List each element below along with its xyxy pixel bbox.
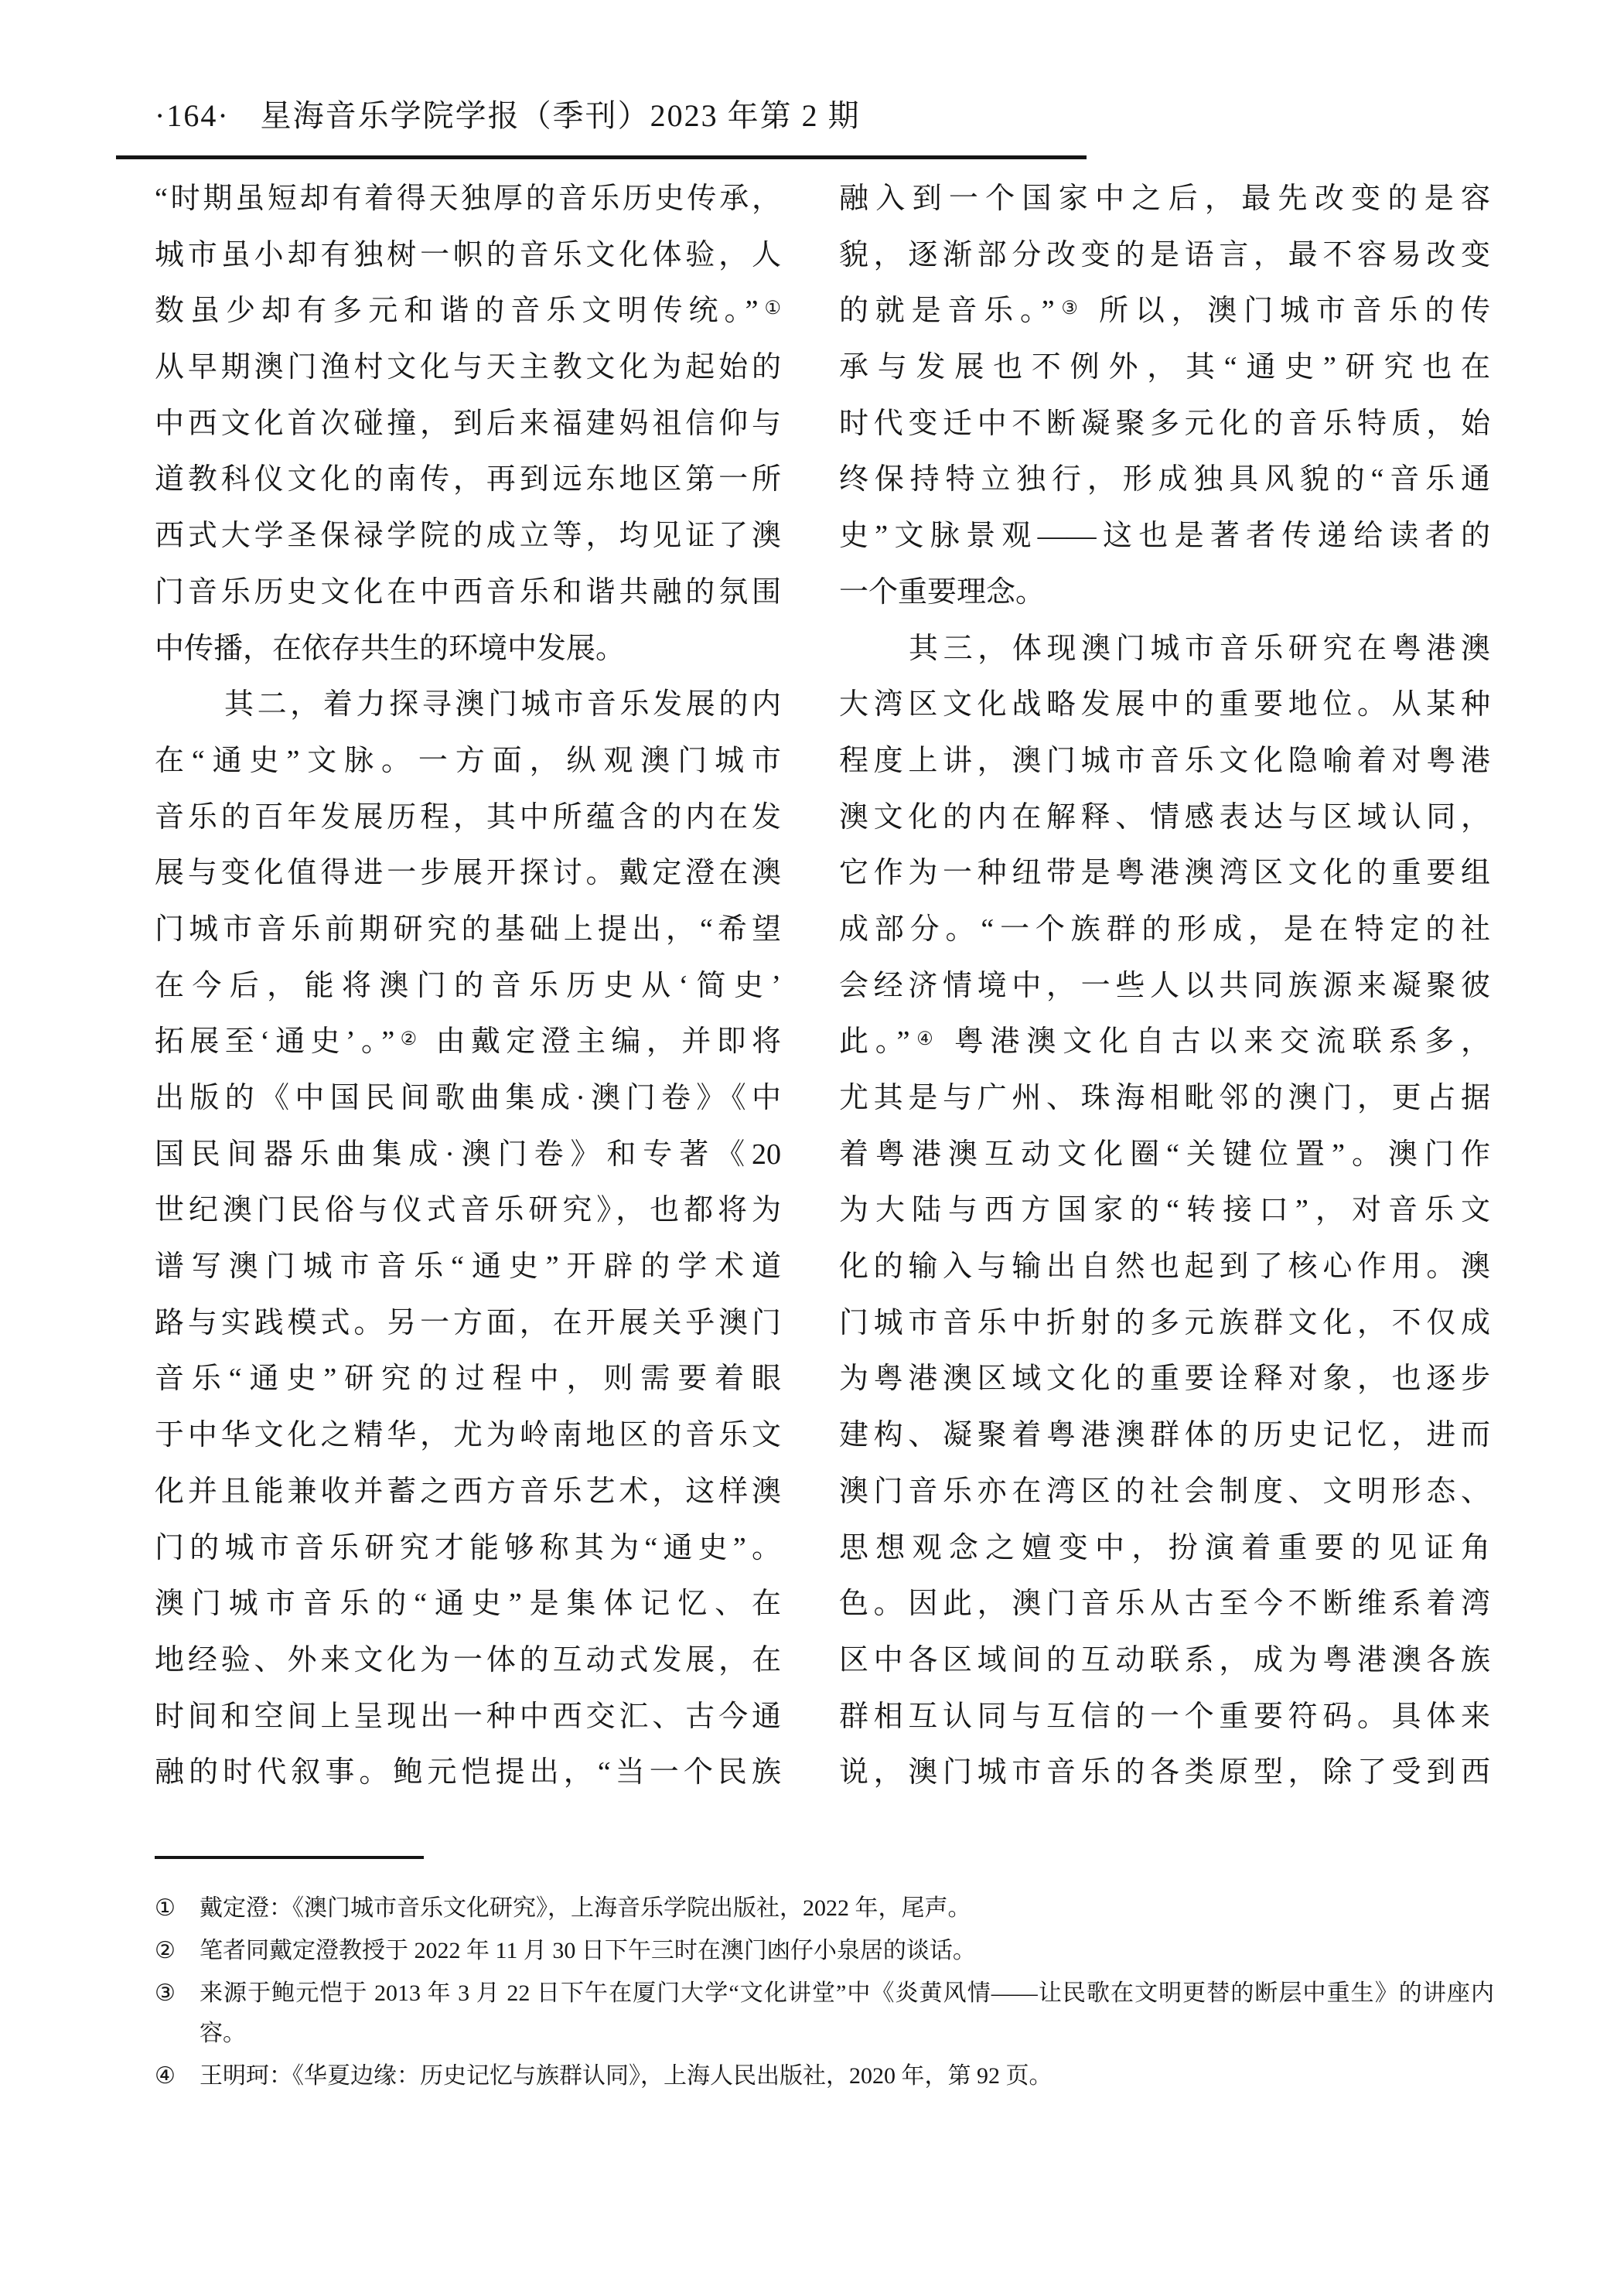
- text-line: 音乐的百年发展历程，其中所蕴含的内在发: [155, 790, 781, 846]
- journal-title: 星海音乐学院学报（季刊）2023 年第 2 期: [261, 91, 861, 135]
- text-line: 西式大学圣保禄学院的成立等，均见证了澳: [155, 508, 781, 565]
- text-line: 承与发展也不例外，其“通史”研究也在: [839, 339, 1490, 396]
- text-line: 为大陆与西方国家的“转接口”，对音乐文: [839, 1182, 1490, 1239]
- text-line: 从早期澳门渔村文化与天主教文化为起始的: [155, 339, 781, 396]
- text-line: 建构、凝聚着粤港澳群体的历史记忆，进而: [839, 1407, 1490, 1464]
- footnote-marker: ②: [155, 1931, 200, 1971]
- text-line: 数虽少却有多元和谐的音乐文明传统。”①: [155, 283, 781, 339]
- text-line: 中西文化首次碰撞，到后来福建妈祖信仰与: [155, 396, 781, 452]
- footnotes: ①戴定澄：《澳门城市音乐文化研究》，上海音乐学院出版社，2022 年，尾声。②笔…: [155, 1888, 1494, 2099]
- text-line: 会经济情境中，一些人以共同族源来凝聚彼: [839, 958, 1490, 1015]
- text-line: 展与变化值得进一步展开探讨。戴定澄在澳: [155, 845, 781, 902]
- footnote-text: 戴定澄：《澳门城市音乐文化研究》，上海音乐学院出版社，2022 年，尾声。: [200, 1888, 1494, 1929]
- text-line: 色。因此，澳门音乐从古至今不断维系着湾: [839, 1576, 1490, 1632]
- footnote-marker: ①: [155, 1888, 200, 1929]
- text-line: 澳文化的内在解释、情感表达与区域认同，: [839, 790, 1490, 846]
- text-line: 此。”④ 粤港澳文化自古以来交流联系多，: [839, 1014, 1490, 1070]
- footnote: ①戴定澄：《澳门城市音乐文化研究》，上海音乐学院出版社，2022 年，尾声。: [155, 1888, 1494, 1929]
- text-line: 于中华文化之精华，尤为岭南地区的音乐文: [155, 1407, 781, 1464]
- text-line: “时期虽短却有着得天独厚的音乐历史传承，: [155, 171, 781, 227]
- text-line: 史”文脉景观——这也是著者传递给读者的: [839, 508, 1490, 565]
- text-line: 时代变迁中不断凝聚多元化的音乐特质，始: [839, 396, 1490, 452]
- text-line: 门的城市音乐研究才能够称其为“通史”。: [155, 1520, 781, 1577]
- text-line: 路与实践模式。另一方面，在开展关乎澳门: [155, 1295, 781, 1352]
- text-line: 门音乐历史文化在中西音乐和谐共融的氛围: [155, 565, 781, 621]
- text-line: 拓展至‘通史’。”② 由戴定澄主编，并即将: [155, 1014, 781, 1070]
- text-line: 化并且能兼收并蓄之西方音乐艺术，这样澳: [155, 1464, 781, 1520]
- text-line: 程度上讲，澳门城市音乐文化隐喻着对粤港: [839, 733, 1490, 790]
- text-line: 终保持特立独行，形成独具风貌的“音乐通: [839, 452, 1490, 508]
- footnote-text: 来源于鲍元恺于 2013 年 3 月 22 日下午在厦门大学“文化讲堂”中《炎黄…: [200, 1973, 1494, 2054]
- footnote-marker: ④: [155, 2056, 200, 2096]
- text-line: 融入到一个国家中之后，最先改变的是容: [839, 171, 1490, 227]
- text-line: 出版的《中国民间歌曲集成·澳门卷》《中: [155, 1070, 781, 1127]
- text-line: 地经验、外来文化为一体的互动式发展，在: [155, 1632, 781, 1689]
- text-line: 融的时代叙事。鲍元恺提出，“当一个民族: [155, 1745, 781, 1801]
- header-rule: [116, 155, 1087, 159]
- footnote: ④王明珂：《华夏边缘：历史记忆与族群认同》，上海人民出版社，2020 年，第 9…: [155, 2056, 1494, 2096]
- text-line: 为粤港澳区域文化的重要诠释对象，也逐步: [839, 1351, 1490, 1407]
- text-line: 城市虽小却有独树一帜的音乐文化体验，人: [155, 227, 781, 284]
- text-line: 着粤港澳互动文化圈“关键位置”。澳门作: [839, 1127, 1490, 1183]
- text-line: 在今后，能将澳门的音乐历史从‘简史’: [155, 958, 781, 1015]
- text-line: 谱写澳门城市音乐“通史”开辟的学术道: [155, 1239, 781, 1295]
- text-line: 的就是音乐。”③ 所以，澳门城市音乐的传: [839, 283, 1490, 339]
- text-line: 说，澳门城市音乐的各类原型，除了受到西: [839, 1745, 1490, 1801]
- text-line: 化的输入与输出自然也起到了核心作用。澳: [839, 1239, 1490, 1295]
- text-line: 在“通史”文脉。一方面，纵观澳门城市: [155, 733, 781, 790]
- footnote: ②笔者同戴定澄教授于 2022 年 11 月 30 日下午三时在澳门凼仔小泉居的…: [155, 1931, 1494, 1971]
- text-line: 门城市音乐中折射的多元族群文化，不仅成: [839, 1295, 1490, 1352]
- text-line: 其三，体现澳门城市音乐研究在粤港澳: [839, 621, 1490, 677]
- text-column-right: 融入到一个国家中之后，最先改变的是容貌，逐渐部分改变的是语言，最不容易改变的就是…: [839, 171, 1490, 1801]
- footnote-separator: [155, 1856, 424, 1859]
- text-line: 道教科仪文化的南传，再到远东地区第一所: [155, 452, 781, 508]
- text-line: 区中各区域间的互动联系，成为粤港澳各族: [839, 1632, 1490, 1689]
- text-line: 一个重要理念。: [839, 565, 1490, 621]
- document-page: ·164· 星海音乐学院学报（季刊）2023 年第 2 期 “时期虽短却有着得天…: [0, 0, 1624, 2282]
- text-line: 音乐“通史”研究的过程中，则需要着眼: [155, 1351, 781, 1407]
- footnote-ref-mark: ①: [758, 298, 781, 319]
- text-line: 中传播，在依存共生的环境中发展。: [155, 621, 781, 677]
- text-line: 貌，逐渐部分改变的是语言，最不容易改变: [839, 227, 1490, 284]
- text-line: 尤其是与广州、珠海相毗邻的澳门，更占据: [839, 1070, 1490, 1127]
- footnote-text: 笔者同戴定澄教授于 2022 年 11 月 30 日下午三时在澳门凼仔小泉居的谈…: [200, 1931, 1494, 1971]
- footnote-ref-mark: ④: [909, 1029, 940, 1049]
- text-line: 成部分。“一个族群的形成，是在特定的社: [839, 902, 1490, 958]
- text-line: 它作为一种纽带是粤港澳湾区文化的重要组: [839, 845, 1490, 902]
- text-line: 澳门城市音乐的“通史”是集体记忆、在: [155, 1576, 781, 1632]
- footnote-ref-mark: ②: [394, 1029, 422, 1049]
- footnote-text: 王明珂：《华夏边缘：历史记忆与族群认同》，上海人民出版社，2020 年，第 92…: [200, 2056, 1494, 2096]
- footnote: ③来源于鲍元恺于 2013 年 3 月 22 日下午在厦门大学“文化讲堂”中《炎…: [155, 1973, 1494, 2054]
- page-header: ·164· 星海音乐学院学报（季刊）2023 年第 2 期: [155, 91, 861, 135]
- text-line: 其二，着力探寻澳门城市音乐发展的内: [155, 677, 781, 733]
- text-line: 世纪澳门民俗与仪式音乐研究》，也都将为: [155, 1182, 781, 1239]
- text-line: 群相互认同与互信的一个重要符码。具体来: [839, 1689, 1490, 1745]
- text-column-left: “时期虽短却有着得天独厚的音乐历史传承，城市虽小却有独树一帜的音乐文化体验，人数…: [155, 171, 781, 1801]
- text-line: 国民间器乐曲集成·澳门卷》和专著《20: [155, 1127, 781, 1183]
- text-line: 时间和空间上呈现出一种中西交汇、古今通: [155, 1689, 781, 1745]
- footnote-marker: ③: [155, 1973, 200, 2054]
- text-line: 门城市音乐前期研究的基础上提出，“希望: [155, 902, 781, 958]
- text-line: 澳门音乐亦在湾区的社会制度、文明形态、: [839, 1464, 1490, 1520]
- text-line: 大湾区文化战略发展中的重要地位。从某种: [839, 677, 1490, 733]
- text-line: 思想观念之嬗变中，扮演着重要的见证角: [839, 1520, 1490, 1577]
- page-number: ·164·: [155, 97, 230, 134]
- footnote-ref-mark: ③: [1055, 298, 1085, 319]
